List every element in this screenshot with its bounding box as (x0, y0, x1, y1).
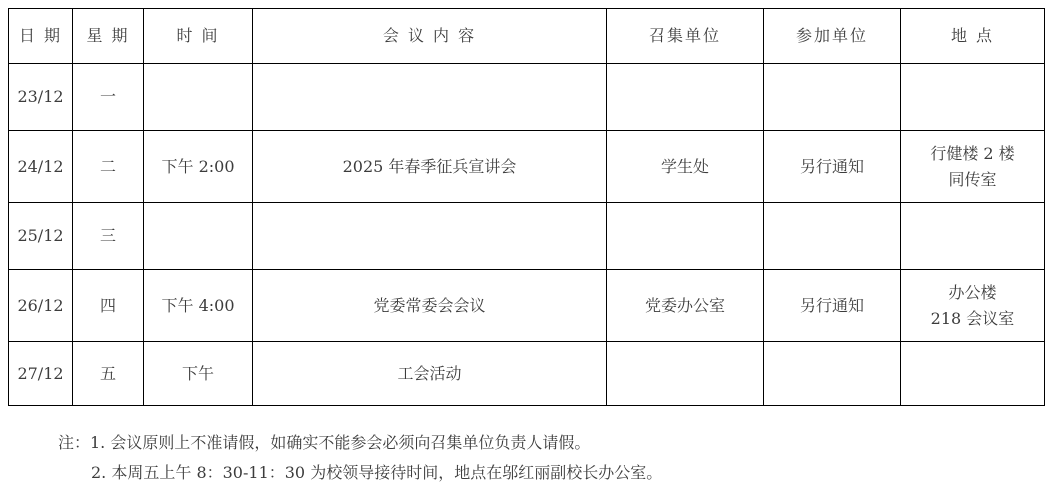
footnote-line-1: 注：1. 会议原则上不准请假，如确实不能参会必须向召集单位负责人请假。 (58, 428, 1052, 458)
cell-participant-unit: 另行通知 (764, 270, 901, 342)
footnotes: 注：1. 会议原则上不准请假，如确实不能参会必须向召集单位负责人请假。 2. 本… (58, 428, 1052, 488)
cell-location (901, 203, 1045, 270)
cell-convener-unit (607, 342, 764, 406)
table-row: 23/12 一 (9, 64, 1045, 131)
cell-participant-unit (764, 64, 901, 131)
cell-participant-unit (764, 342, 901, 406)
header-meeting-content: 会 议 内 容 (253, 9, 607, 64)
cell-time (144, 203, 253, 270)
cell-weekday: 五 (73, 342, 144, 406)
cell-convener-unit (607, 64, 764, 131)
cell-location: 办公楼 218 会议室 (901, 270, 1045, 342)
table-header-row: 日 期 星 期 时 间 会 议 内 容 召集单位 参加单位 地 点 (9, 9, 1045, 64)
cell-date: 25/12 (9, 203, 73, 270)
header-time: 时 间 (144, 9, 253, 64)
cell-weekday: 二 (73, 131, 144, 203)
cell-meeting-content: 工会活动 (253, 342, 607, 406)
header-participant-unit: 参加单位 (764, 9, 901, 64)
cell-location: 行健楼 2 楼 同传室 (901, 131, 1045, 203)
cell-time: 下午 (144, 342, 253, 406)
cell-meeting-content: 党委常委会会议 (253, 270, 607, 342)
cell-location (901, 342, 1045, 406)
cell-weekday: 一 (73, 64, 144, 131)
cell-convener-unit: 党委办公室 (607, 270, 764, 342)
cell-location (901, 64, 1045, 131)
header-convener-unit: 召集单位 (607, 9, 764, 64)
cell-participant-unit (764, 203, 901, 270)
cell-date: 27/12 (9, 342, 73, 406)
cell-time: 下午 4:00 (144, 270, 253, 342)
cell-weekday: 三 (73, 203, 144, 270)
table-row: 25/12 三 (9, 203, 1045, 270)
cell-weekday: 四 (73, 270, 144, 342)
header-date: 日 期 (9, 9, 73, 64)
header-location: 地 点 (901, 9, 1045, 64)
cell-time (144, 64, 253, 131)
table-row: 27/12 五 下午 工会活动 (9, 342, 1045, 406)
meeting-schedule-table: 日 期 星 期 时 间 会 议 内 容 召集单位 参加单位 地 点 23/12 … (8, 8, 1045, 406)
table-row: 24/12 二 下午 2:00 2025 年春季征兵宣讲会 学生处 另行通知 行… (9, 131, 1045, 203)
cell-date: 26/12 (9, 270, 73, 342)
cell-meeting-content (253, 64, 607, 131)
table-row: 26/12 四 下午 4:00 党委常委会会议 党委办公室 另行通知 办公楼 2… (9, 270, 1045, 342)
cell-convener-unit: 学生处 (607, 131, 764, 203)
cell-date: 24/12 (9, 131, 73, 203)
document-page: 日 期 星 期 时 间 会 议 内 容 召集单位 参加单位 地 点 23/12 … (0, 8, 1052, 492)
cell-meeting-content: 2025 年春季征兵宣讲会 (253, 131, 607, 203)
cell-meeting-content (253, 203, 607, 270)
cell-time: 下午 2:00 (144, 131, 253, 203)
cell-participant-unit: 另行通知 (764, 131, 901, 203)
header-weekday: 星 期 (73, 9, 144, 64)
cell-date: 23/12 (9, 64, 73, 131)
cell-convener-unit (607, 203, 764, 270)
footnote-line-2: 2. 本周五上午 8：30-11：30 为校领导接待时间，地点在邬红丽副校长办公… (58, 458, 1052, 488)
